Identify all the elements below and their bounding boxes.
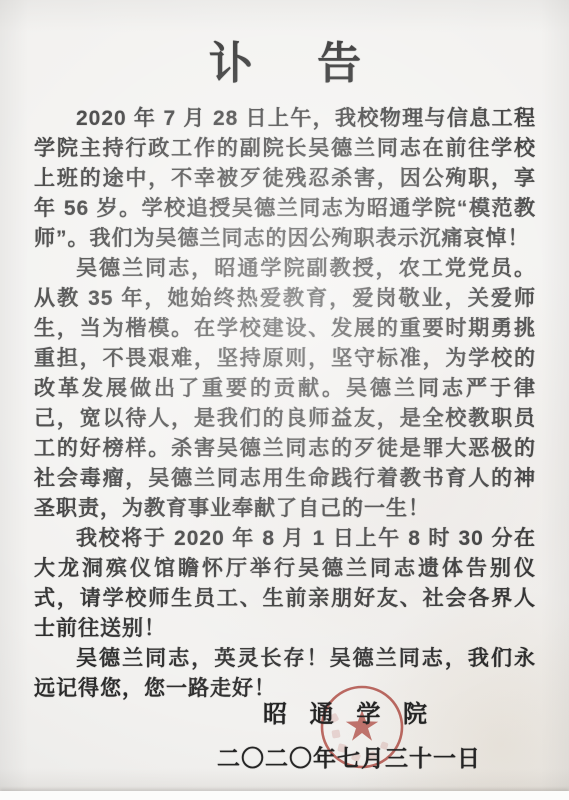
obituary-notice: 讣 告 2020 年 7 月 28 日上午，我校物理与信息工程学院主持行政工作的… [34, 38, 536, 704]
paragraph-biography: 吴德兰同志，昭通学院副教授，农工党党员。从教 35 年，她始终热爱教育，爱岗敬业… [34, 254, 536, 524]
photo-bottom-edge [0, 791, 569, 800]
page-title: 讣 告 [34, 38, 536, 90]
signature-block: 昭 通 学 院 二〇二〇年七月三十一日 [217, 694, 481, 773]
signature-date: 二〇二〇年七月三十一日 [217, 740, 481, 773]
document-photo: 讣 告 2020 年 7 月 28 日上午，我校物理与信息工程学院主持行政工作的… [0, 0, 569, 800]
organization-name: 昭 通 学 院 [217, 694, 481, 729]
paragraph-memorial-arrangements: 我校将于 2020 年 8 月 1 日上午 8 时 30 分在大龙洞殡仪馆瞻怀厅… [34, 524, 536, 644]
paragraph-incident: 2020 年 7 月 28 日上午，我校物理与信息工程学院主持行政工作的副院长吴… [34, 104, 536, 254]
notice-body: 2020 年 7 月 28 日上午，我校物理与信息工程学院主持行政工作的副院长吴… [34, 104, 536, 704]
